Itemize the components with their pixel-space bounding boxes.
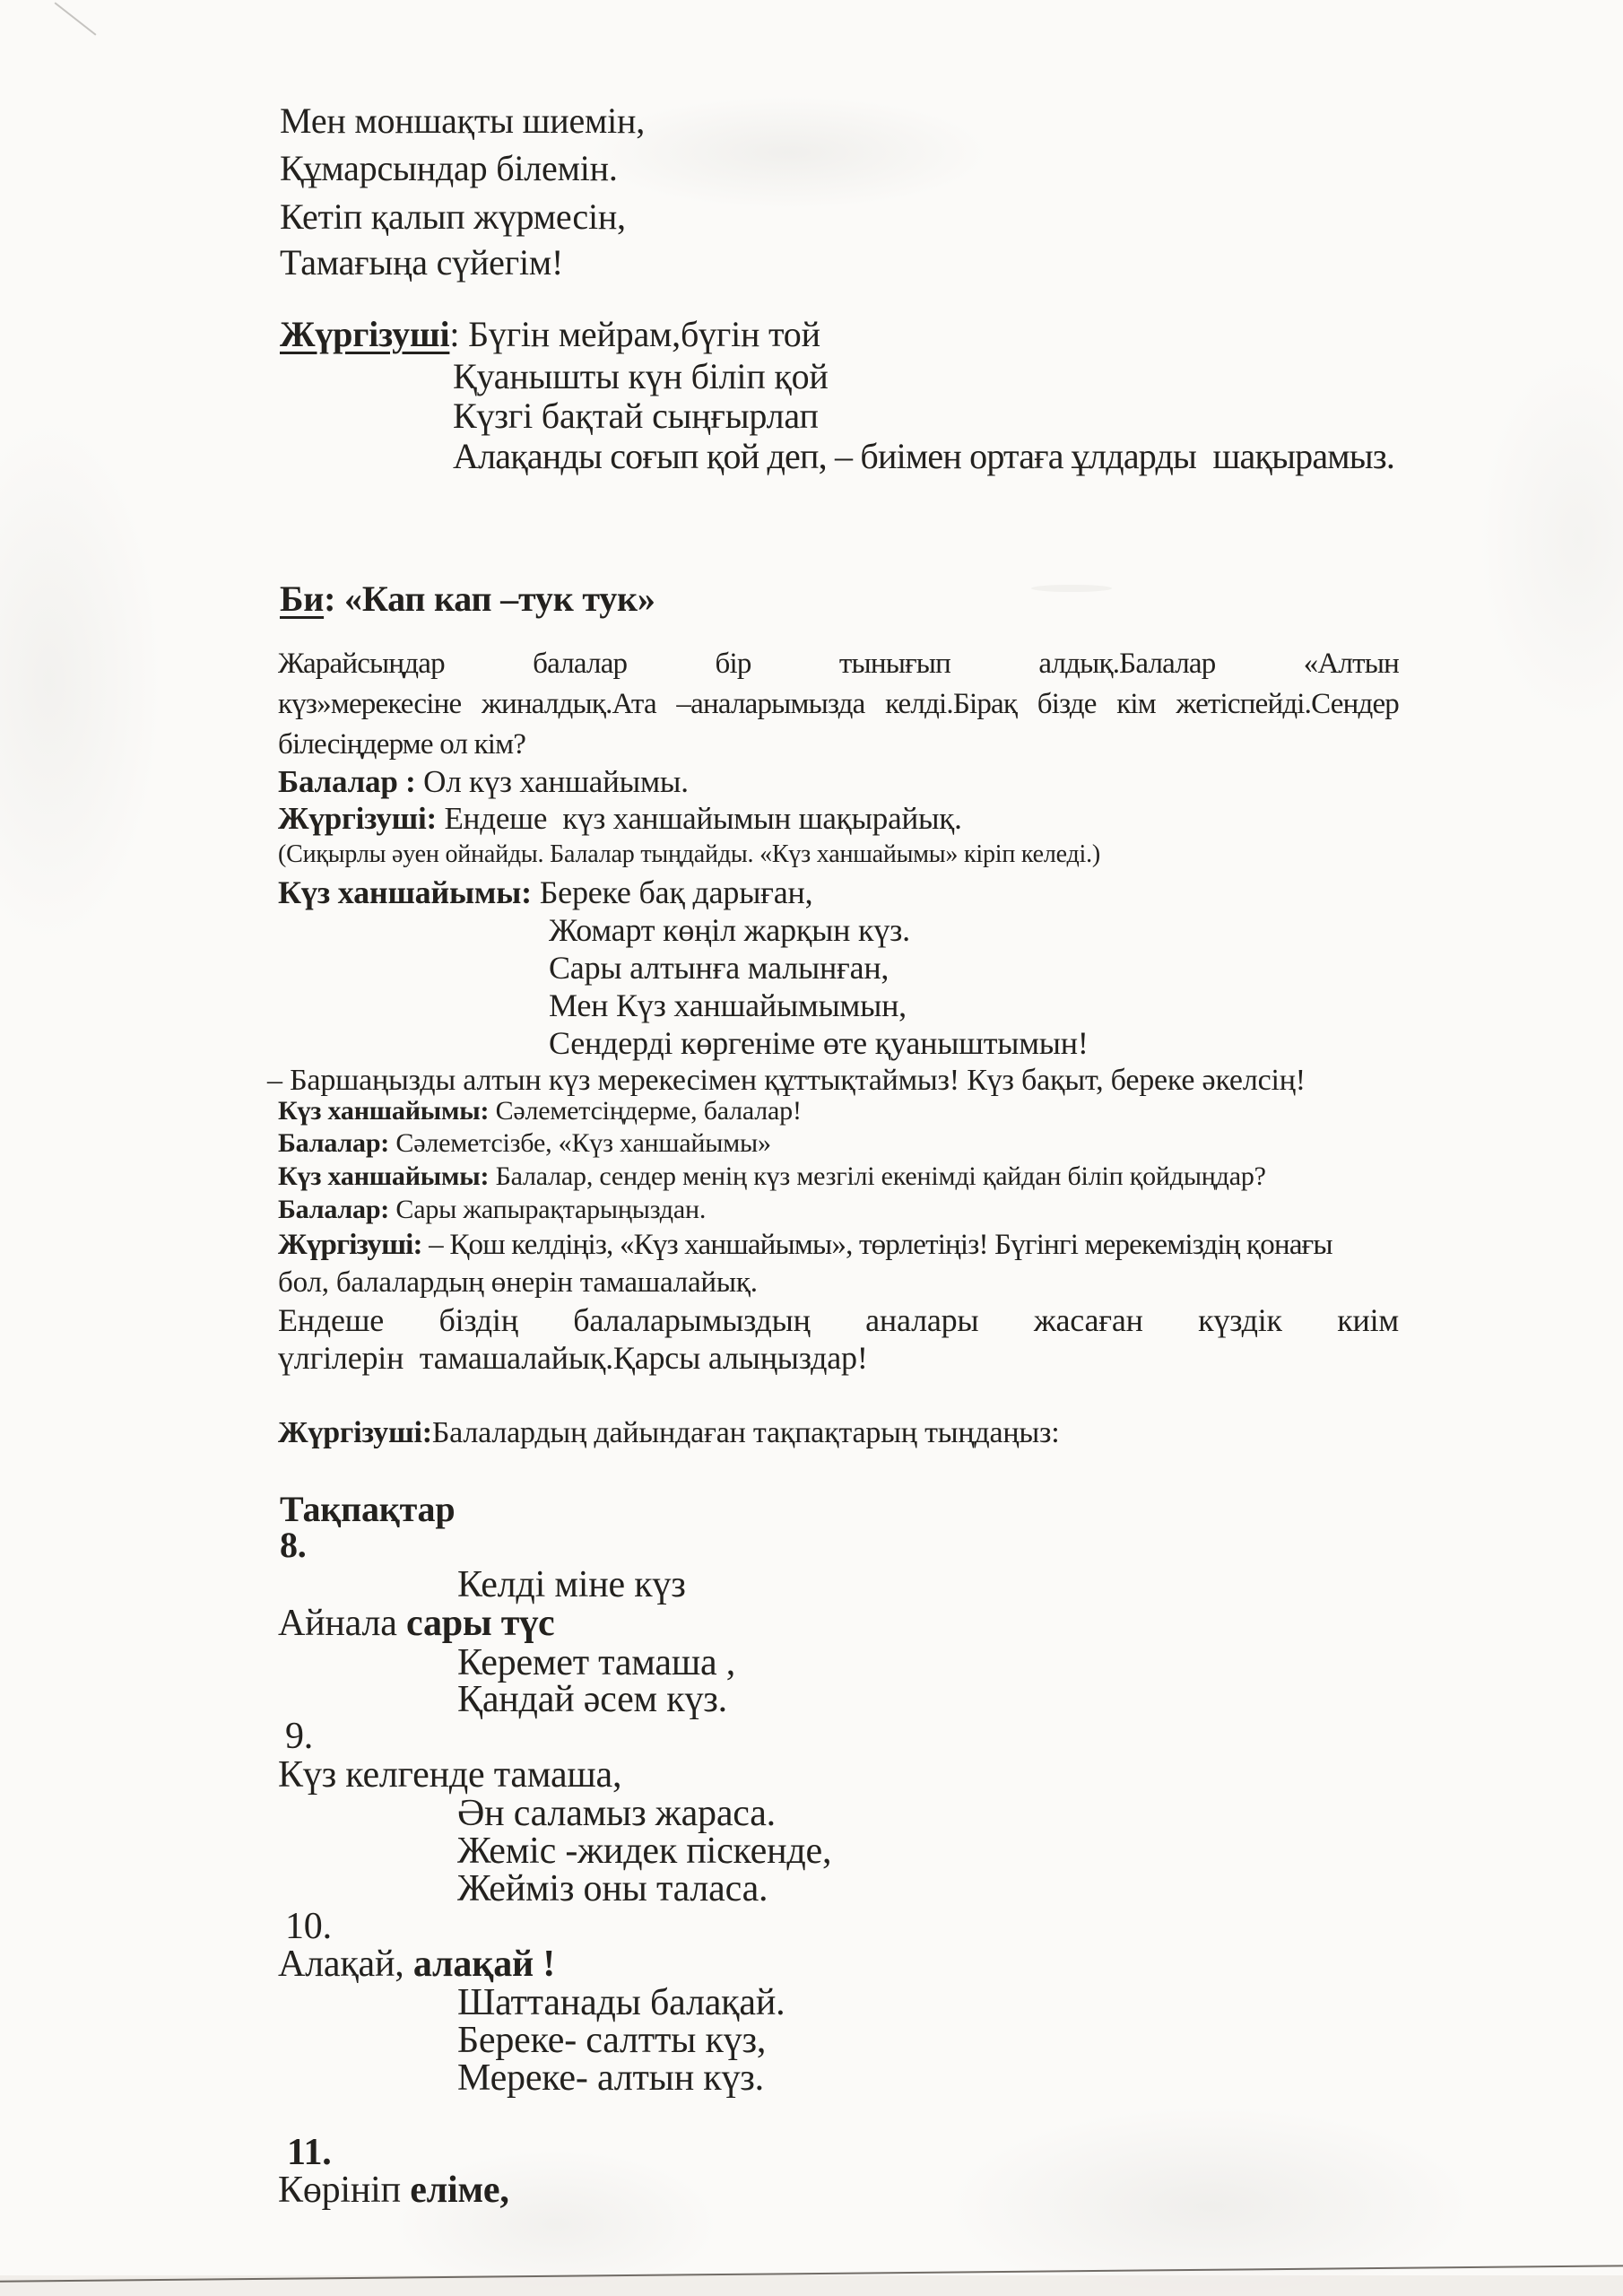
poem-number: 9. <box>285 1715 313 1758</box>
fashion-paragraph-line: үлгілерін тамашалайық.Қарсы алыңыздар! <box>278 1340 868 1377</box>
narration-paragraph-line: күз»мерекесіне жиналдық.Ата –аналарымызд… <box>278 688 1399 722</box>
opening-poem-line: Мен моншақты шиемін, <box>280 100 645 142</box>
poem-line: Мереке- алтын күз. <box>457 2057 764 2100</box>
host-welcome-line: Жүргізуші: – Қош келдіңіз, «Күз ханшайым… <box>278 1229 1332 1263</box>
poem-line: Айнала сары түс <box>278 1602 554 1645</box>
dialogue-text: Ендеше күз ханшайымын шақырайық. <box>437 801 962 836</box>
queen-poem-text: Береке бақ дарыған, <box>532 874 812 910</box>
poem-line: Келді міне күз <box>457 1563 686 1606</box>
speaker-label: Жүргізуші: <box>278 1416 432 1449</box>
dialogue-text: Ол күз ханшайымы. <box>416 764 689 799</box>
dance-heading: Би: «Кап кап –тук тук» <box>280 578 655 620</box>
speaker-label: Балалар: <box>278 1128 389 1158</box>
poem-line: Күз келгенде тамаша, <box>278 1753 621 1796</box>
speaker-label: Жүргізуші: <box>278 801 437 836</box>
speaker-label: Балалар : <box>278 764 416 799</box>
scan-smudge-artifact <box>1031 585 1112 592</box>
speaker-label: Жүргізуші <box>280 314 449 354</box>
host-welcome-text: – Қош келдіңіз, «Күз ханшайымы», төрлеті… <box>422 1229 1332 1261</box>
scanned-page: Мен моншақты шиемін, Құмарсындар білемін… <box>0 0 1623 2296</box>
opening-poem-line: Тамағыңа сүйегім! <box>280 242 563 283</box>
stage-direction: (Сиқырлы әуен ойнайды. Балалар тыңдайды.… <box>278 840 1100 869</box>
poem-line-bold: сары түс <box>406 1603 554 1644</box>
host-intro-line: Қуанышты күн біліп қой <box>453 356 829 397</box>
poem-line: Алақай, алақай ! <box>278 1943 555 1986</box>
dialogue-line: Жүргізуші: Ендеше күз ханшайымын шақырай… <box>278 801 962 837</box>
host-intro-line: Жүргізуші: Бүгін мейрам,бүгін той <box>280 314 820 355</box>
speaker-label: Би <box>280 578 324 619</box>
fashion-paragraph-line: Ендеше біздің балаларымыздың аналары жас… <box>278 1302 1399 1339</box>
queen-poem-line: Мен Күз ханшайымымын, <box>549 987 907 1024</box>
poem-line: Көрініп еліме, <box>278 2169 509 2212</box>
queen-poem-line: Сендерді көргеніме өте қуаныштымын! <box>549 1025 1089 1062</box>
dialogue-line: Балалар: Сары жапырақтарыңыздан. <box>278 1195 706 1226</box>
dialogue-text: Балалар, сендер менің күз мезгілі екенім… <box>489 1161 1265 1191</box>
poem-line-bold: алақай ! <box>413 1944 555 1985</box>
host-intro-text: : Бүгін мейрам,бүгін той <box>449 314 820 354</box>
poem-line: Жейміз оны таласа. <box>457 1867 768 1910</box>
dialogue-line: Күз ханшайымы: Сәлеметсіңдерме, балалар! <box>278 1096 802 1127</box>
dialogue-line: Күз ханшайымы: Балалар, сендер менің күз… <box>278 1161 1266 1193</box>
host-welcome-line: бол, балалардың өнерін тамашалайық. <box>278 1266 758 1300</box>
opening-poem-line: Кетіп қалып жүрмесін, <box>280 196 626 238</box>
poem-number: 8. <box>280 1525 307 1566</box>
poem-line-normal: Айнала <box>278 1603 406 1644</box>
speaker-label: Жүргізуші: <box>278 1229 422 1261</box>
host-intro-line: Алақанды соғып қой деп, – биімен ортаға … <box>453 436 1394 477</box>
opening-poem-line: Құмарсындар білемін. <box>280 148 618 189</box>
speaker-label: Балалар: <box>278 1195 389 1224</box>
host-poems-line: Жүргізуші:Балалардың дайындаған тақпақта… <box>278 1415 1060 1450</box>
scan-scratch-artifact <box>55 2 97 35</box>
dialogue-line: Балалар: Сәлеметсізбе, «Күз ханшайымы» <box>278 1128 771 1160</box>
dialogue-text: Сары жапырақтарыңыздан. <box>389 1195 706 1224</box>
speaker-label: Күз ханшайымы: <box>278 1096 489 1126</box>
speaker-label: Күз ханшайымы: <box>278 874 532 910</box>
narration-paragraph-line: білесіңдерме ол кім? <box>278 728 525 762</box>
queen-poem-line: Сары алтынға малынған, <box>549 950 889 987</box>
queen-poem-line: Күз ханшайымы: Береке бақ дарыған, <box>278 874 812 911</box>
greeting-line: – Баршаңызды алтын күз мерекесімен құтты… <box>267 1063 1306 1098</box>
dialogue-line: Балалар : Ол күз ханшайымы. <box>278 764 689 800</box>
poem-line-bold: еліме, <box>410 2170 508 2211</box>
poem-line-normal: Көрініп <box>278 2170 410 2211</box>
host-poems-text: Балалардың дайындаған тақпақтарың тыңдаң… <box>432 1416 1060 1449</box>
dialogue-text: Сәлеметсіңдерме, балалар! <box>489 1096 802 1126</box>
narration-paragraph-line: Жарайсыңдар балалар бір тынығып алдық.Ба… <box>278 648 1399 682</box>
queen-poem-line: Жомарт көңіл жарқын күз. <box>549 912 910 949</box>
dance-heading-text: : «Кап кап –тук тук» <box>324 578 655 619</box>
host-intro-line: Күзгі бақтай сыңғырлап <box>453 396 819 437</box>
poem-line: Қандай әсем күз. <box>457 1678 727 1721</box>
poem-line-normal: Алақай, <box>278 1944 413 1985</box>
speaker-label: Күз ханшайымы: <box>278 1161 489 1191</box>
dialogue-text: Сәлеметсізбе, «Күз ханшайымы» <box>389 1128 771 1158</box>
